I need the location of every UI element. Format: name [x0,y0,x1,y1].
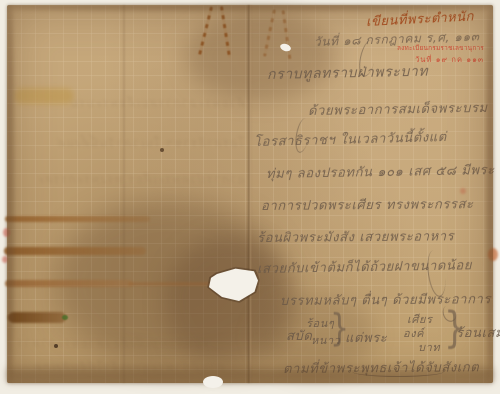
paper-vignette [7,5,493,383]
document-scan: ด้วยพระอาการสมเด็จพระบรม โอรสาธิราชฯ ในเ… [0,0,500,394]
bottom-edge-notch [203,376,223,388]
